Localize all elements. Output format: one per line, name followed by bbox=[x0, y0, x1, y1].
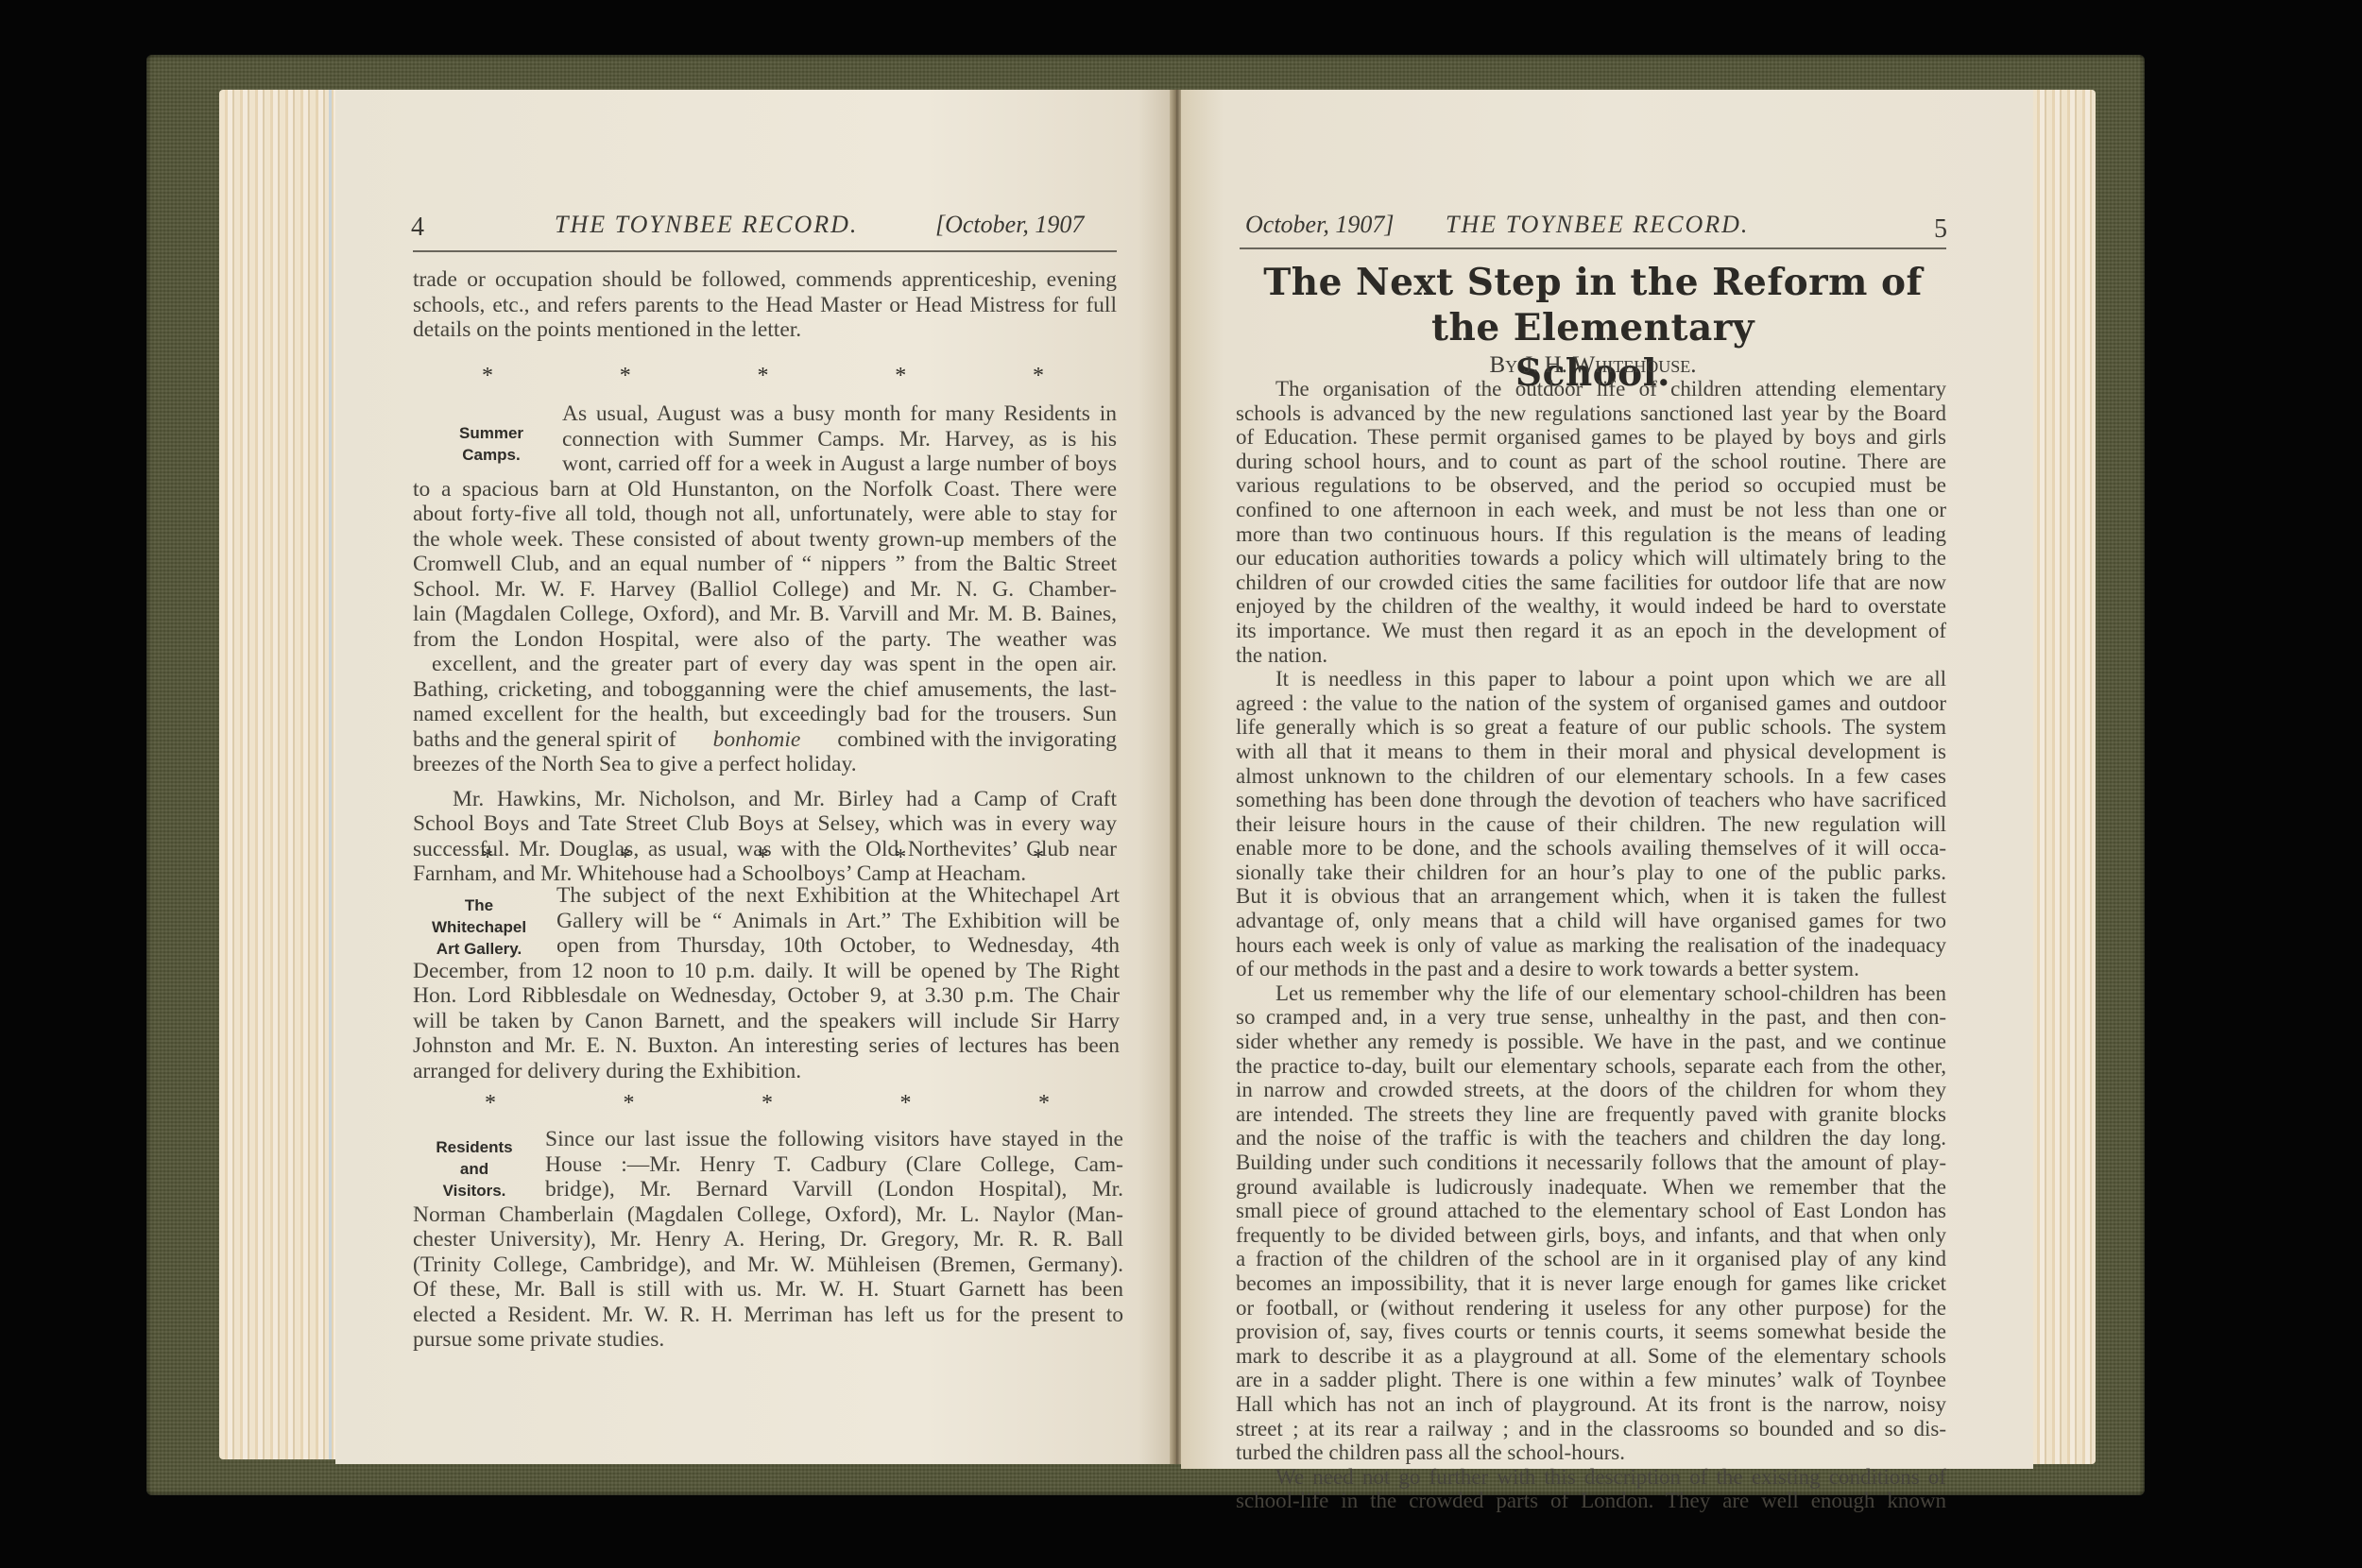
header-rule bbox=[1240, 247, 1946, 249]
bonhomie-line: baths and the general spirit of bonhomie… bbox=[413, 727, 1117, 753]
left-running-head: 4 THE TOYNBEE RECORD. [October, 1907 bbox=[335, 211, 1172, 248]
section-separator: ***** bbox=[482, 364, 1044, 389]
issue-date: [October, 1907 bbox=[935, 211, 1084, 239]
right-running-head: October, 1907] THE TOYNBEE RECORD. 5 bbox=[1181, 211, 2033, 248]
section-separator: ***** bbox=[482, 845, 1044, 871]
running-title: THE TOYNBEE RECORD. bbox=[1446, 211, 1749, 239]
left-page-edges bbox=[219, 90, 337, 1459]
byline: By J. H. Whitehouse. bbox=[1238, 352, 1948, 379]
residents-visitors-paragraph: Since our last issue the following visit… bbox=[413, 1127, 1123, 1353]
right-page: October, 1907] THE TOYNBEE RECORD. 5 The… bbox=[1181, 90, 2033, 1469]
header-rule bbox=[413, 250, 1117, 252]
page-number: 5 bbox=[1934, 214, 1947, 245]
issue-date: October, 1907] bbox=[1245, 211, 1394, 239]
whitechapel-paragraph: The subject of the next Exhibition at th… bbox=[413, 883, 1120, 1083]
running-title: THE TOYNBEE RECORD. bbox=[555, 211, 858, 239]
right-page-edges bbox=[2031, 90, 2096, 1464]
opening-paragraph: trade or occupation should be followed, … bbox=[413, 267, 1117, 343]
summer-camps-paragraph: As usual, August was a busy month for ma… bbox=[413, 401, 1117, 887]
section-separator: ***** bbox=[485, 1091, 1050, 1116]
article-body: The organisation of the outdoor life of … bbox=[1236, 377, 1946, 1513]
page-number: 4 bbox=[411, 213, 424, 243]
left-page: 4 THE TOYNBEE RECORD. [October, 1907 tra… bbox=[335, 90, 1172, 1464]
